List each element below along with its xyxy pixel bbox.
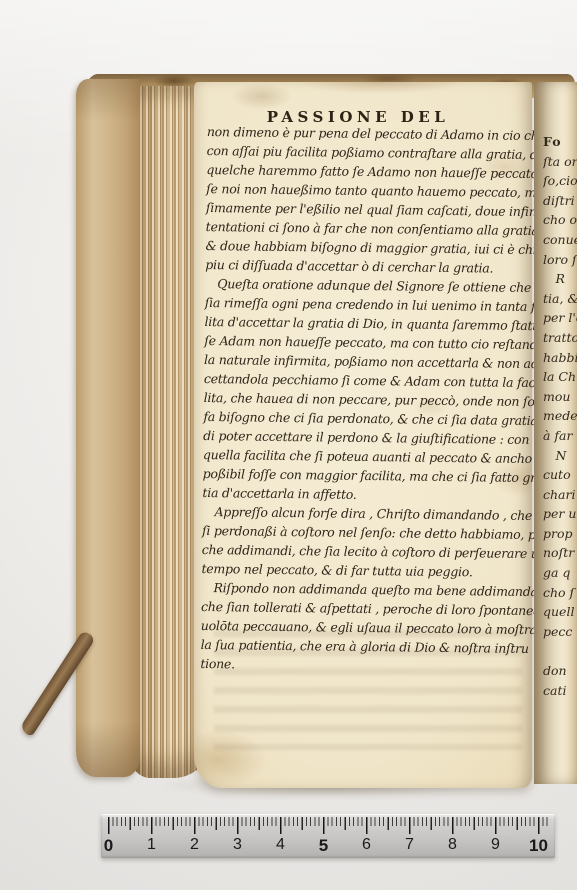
ruler: 012345678910	[101, 814, 555, 858]
ruler-number: 1	[130, 836, 173, 856]
facing-page-line: noſtr	[543, 543, 577, 563]
facing-page-line: ſo,cio	[543, 171, 577, 191]
facing-page-line: tia, &	[543, 289, 577, 309]
facing-page-line	[543, 641, 577, 661]
facing-page-strip: Foſta oraſo,ciodiſtricho oliconuerloro ſ…	[534, 82, 577, 784]
page-text-block: non dimeno è pur pena del peccato di Ada…	[200, 122, 532, 677]
facing-page-line: habbi	[543, 348, 577, 368]
facing-page-line: R	[543, 269, 577, 289]
left-page: PASSIONE DEL non dimeno è pur pena del p…	[194, 82, 532, 788]
facing-page-line: tratto	[543, 328, 577, 348]
facing-page-line: cho oli	[543, 210, 577, 230]
ruler-number: 5	[302, 836, 345, 856]
facing-page-line: chari	[543, 485, 577, 505]
facing-page-text-block: Foſta oraſo,ciodiſtricho oliconuerloro ſ…	[543, 132, 577, 700]
ruler-number: 7	[388, 836, 431, 856]
ruler-ticks	[108, 817, 548, 837]
ruler-number: 3	[216, 836, 259, 856]
facing-page-line: per l'o	[543, 308, 577, 328]
text-line: la ſua patientia, che era à gloria di Di…	[201, 635, 526, 658]
facing-page-line: la Ch	[543, 367, 577, 387]
ruler-number: 2	[173, 836, 216, 856]
facing-page-line: Fo	[543, 132, 577, 152]
facing-page-line: ga q	[543, 563, 577, 583]
facing-page-line: N	[543, 446, 577, 466]
facing-page-line: don	[543, 661, 577, 681]
ruler-number: 4	[259, 836, 302, 856]
facing-page-line: ſta ora	[543, 152, 577, 172]
ruler-number: 9	[474, 836, 517, 856]
book: PASSIONE DEL non dimeno è pur pena del p…	[76, 74, 577, 786]
facing-page-line: mede	[543, 406, 577, 426]
text-line: tione.	[200, 654, 525, 677]
ruler-number: 8	[431, 836, 474, 856]
photo-backdrop: PASSIONE DEL non dimeno è pur pena del p…	[0, 0, 577, 890]
facing-page-line: cho ſ	[543, 583, 577, 603]
facing-page-line: quell	[543, 602, 577, 622]
ruler-number: 6	[345, 836, 388, 856]
facing-page-line: per u	[543, 504, 577, 524]
ruler-numbers: 012345678910	[87, 836, 560, 856]
facing-page-line: cati	[543, 681, 577, 701]
facing-page-line: loro ſ	[543, 250, 577, 270]
ruler-number: 0	[87, 836, 130, 856]
facing-page-line: pecc	[543, 622, 577, 642]
facing-page-line: conuer	[543, 230, 577, 250]
facing-page-line: diſtri	[543, 191, 577, 211]
facing-page-line: à far	[543, 426, 577, 446]
ruler-number: 10	[517, 836, 560, 856]
facing-page-line: cuto	[543, 465, 577, 485]
vellum-spine	[76, 79, 140, 777]
facing-page-line: prop	[543, 524, 577, 544]
facing-page-line: mou	[543, 387, 577, 407]
